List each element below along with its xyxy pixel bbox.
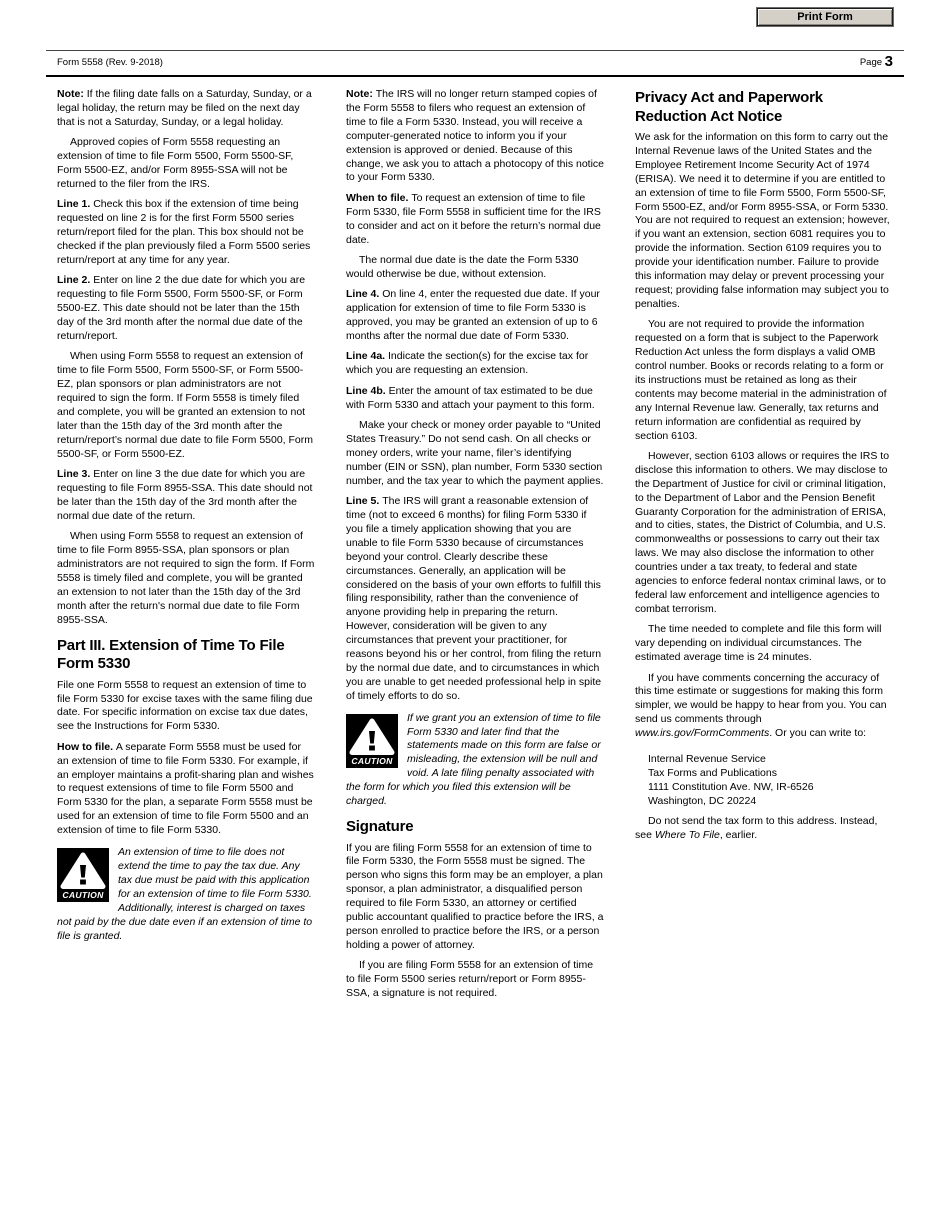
- print-form-button[interactable]: Print Form: [757, 8, 893, 26]
- address-line: Tax Forms and Publications: [648, 767, 893, 781]
- paragraph: We ask for the information on this form …: [635, 131, 893, 312]
- italic-text: www.irs.gov/FormComments: [635, 727, 769, 739]
- svg-text:CAUTION: CAUTION: [351, 756, 393, 766]
- paragraph: You are not required to provide the info…: [635, 318, 893, 443]
- text-run: Enter on line 3 the due date for which y…: [57, 468, 312, 522]
- text-run: If the filing date falls on a Saturday, …: [57, 88, 312, 128]
- paragraph-lead: Note:: [57, 88, 87, 100]
- header-bottom-rule: [46, 75, 904, 77]
- paragraph: Note: If the filing date falls on a Satu…: [57, 88, 315, 130]
- column-2: Note: The IRS will no longer return stam…: [346, 88, 604, 1007]
- paragraph-lead: Line 4a.: [346, 350, 388, 362]
- text-run: The IRS will grant a reasonable extensio…: [346, 495, 601, 702]
- text-run: Make your check or money order payable t…: [346, 419, 603, 487]
- address-line: Internal Revenue Service: [648, 753, 893, 767]
- text-run: If you are filing Form 5558 for an exten…: [346, 842, 603, 951]
- paragraph: The normal due date is the date the Form…: [346, 254, 604, 282]
- paragraph: When to file. To request an extension of…: [346, 192, 604, 248]
- paragraph: Line 4a. Indicate the section(s) for the…: [346, 350, 604, 378]
- paragraph: Note: The IRS will no longer return stam…: [346, 88, 604, 185]
- paragraph-lead: Line 1.: [57, 198, 93, 210]
- paragraph: Line 3. Enter on line 3 the due date for…: [57, 468, 315, 524]
- svg-text:CAUTION: CAUTION: [62, 890, 104, 900]
- text-run: When using Form 5558 to request an exten…: [57, 530, 314, 625]
- text-run: , earlier.: [720, 829, 757, 841]
- paragraph-lead: Line 4.: [346, 288, 382, 300]
- caution-note: CAUTIONIf we grant you an extension of t…: [346, 712, 604, 809]
- section-heading: Privacy Act and Paperwork Reduction Act …: [635, 89, 893, 126]
- paragraph: The time needed to complete and file thi…: [635, 623, 893, 665]
- address-line: 1111 Constitution Ave. NW, IR-6526: [648, 781, 893, 795]
- paragraph: Line 4b. Enter the amount of tax estimat…: [346, 385, 604, 413]
- page-number: 3: [885, 53, 893, 70]
- header-top-rule: [46, 50, 904, 51]
- text-run: Approved copies of Form 5558 requesting …: [57, 136, 293, 190]
- text-run: A separate Form 5558 must be used for an…: [57, 741, 314, 836]
- paragraph: However, section 6103 allows or requires…: [635, 450, 893, 617]
- italic-text: Where To File: [655, 829, 720, 841]
- paragraph: Make your check or money order payable t…: [346, 419, 604, 489]
- text-run: Check this box if the extension of time …: [57, 198, 310, 266]
- paragraph: If you have comments concerning the accu…: [635, 672, 893, 742]
- text-run: . Or you can write to:: [769, 727, 866, 739]
- column-3: Privacy Act and Paperwork Reduction Act …: [635, 88, 893, 850]
- paragraph-lead: Line 2.: [57, 274, 93, 286]
- paragraph: Do not send the tax form to this address…: [635, 815, 893, 843]
- text-run: File one Form 5558 to request an extensi…: [57, 679, 313, 733]
- address-block: Internal Revenue ServiceTax Forms and Pu…: [648, 753, 893, 809]
- text-run: We ask for the information on this form …: [635, 131, 890, 310]
- column-1: Note: If the filing date falls on a Satu…: [57, 88, 315, 950]
- address-line: Washington, DC 20224: [648, 795, 893, 809]
- caution-icon: CAUTION: [346, 714, 398, 768]
- page-indicator: Page 3: [860, 53, 893, 70]
- paragraph-lead: Line 3.: [57, 468, 93, 480]
- text-run: Enter on line 2 the due date for which y…: [57, 274, 305, 342]
- paragraph: When using Form 5558 to request an exten…: [57, 530, 315, 627]
- text-run: When using Form 5558 to request an exten…: [57, 350, 313, 459]
- paragraph: Approved copies of Form 5558 requesting …: [57, 136, 315, 192]
- paragraph: If you are filing Form 5558 for an exten…: [346, 959, 604, 1001]
- text-run: However, section 6103 allows or requires…: [635, 450, 889, 615]
- section-heading: Signature: [346, 818, 604, 837]
- instruction-columns: Note: If the filing date falls on a Satu…: [57, 88, 893, 1007]
- text-run: If you are filing Form 5558 for an exten…: [346, 959, 593, 999]
- page: { "header": { "print_button": "Print For…: [0, 0, 950, 1230]
- paragraph: Line 1. Check this box if the extension …: [57, 198, 315, 268]
- caution-note: CAUTIONAn extension of time to file does…: [57, 846, 315, 943]
- paragraph: File one Form 5558 to request an extensi…: [57, 679, 315, 735]
- paragraph: How to file. A separate Form 5558 must b…: [57, 741, 315, 838]
- form-id: Form 5558 (Rev. 9-2018): [57, 57, 163, 68]
- paragraph-lead: How to file.: [57, 741, 116, 753]
- paragraph-lead: Note:: [346, 88, 376, 100]
- paragraph: Line 2. Enter on line 2 the due date for…: [57, 274, 315, 344]
- section-heading: Part III. Extension of Time To File Form…: [57, 637, 315, 674]
- paragraph: Line 4. On line 4, enter the requested d…: [346, 288, 604, 344]
- text-run: If you have comments concerning the accu…: [635, 672, 887, 726]
- text-run: On line 4, enter the requested due date.…: [346, 288, 600, 342]
- paragraph-lead: Line 4b.: [346, 385, 389, 397]
- text-run: The IRS will no longer return stamped co…: [346, 88, 604, 183]
- paragraph-lead: When to file.: [346, 192, 411, 204]
- page-word: Page: [860, 57, 882, 68]
- text-run: You are not required to provide the info…: [635, 318, 887, 441]
- text-run: The time needed to complete and file thi…: [635, 623, 881, 663]
- caution-icon: CAUTION: [57, 848, 109, 902]
- paragraph: When using Form 5558 to request an exten…: [57, 350, 315, 461]
- text-run: The normal due date is the date the Form…: [346, 254, 578, 280]
- paragraph-lead: Line 5.: [346, 495, 382, 507]
- paragraph: Line 5. The IRS will grant a reasonable …: [346, 495, 604, 704]
- paragraph: If you are filing Form 5558 for an exten…: [346, 842, 604, 953]
